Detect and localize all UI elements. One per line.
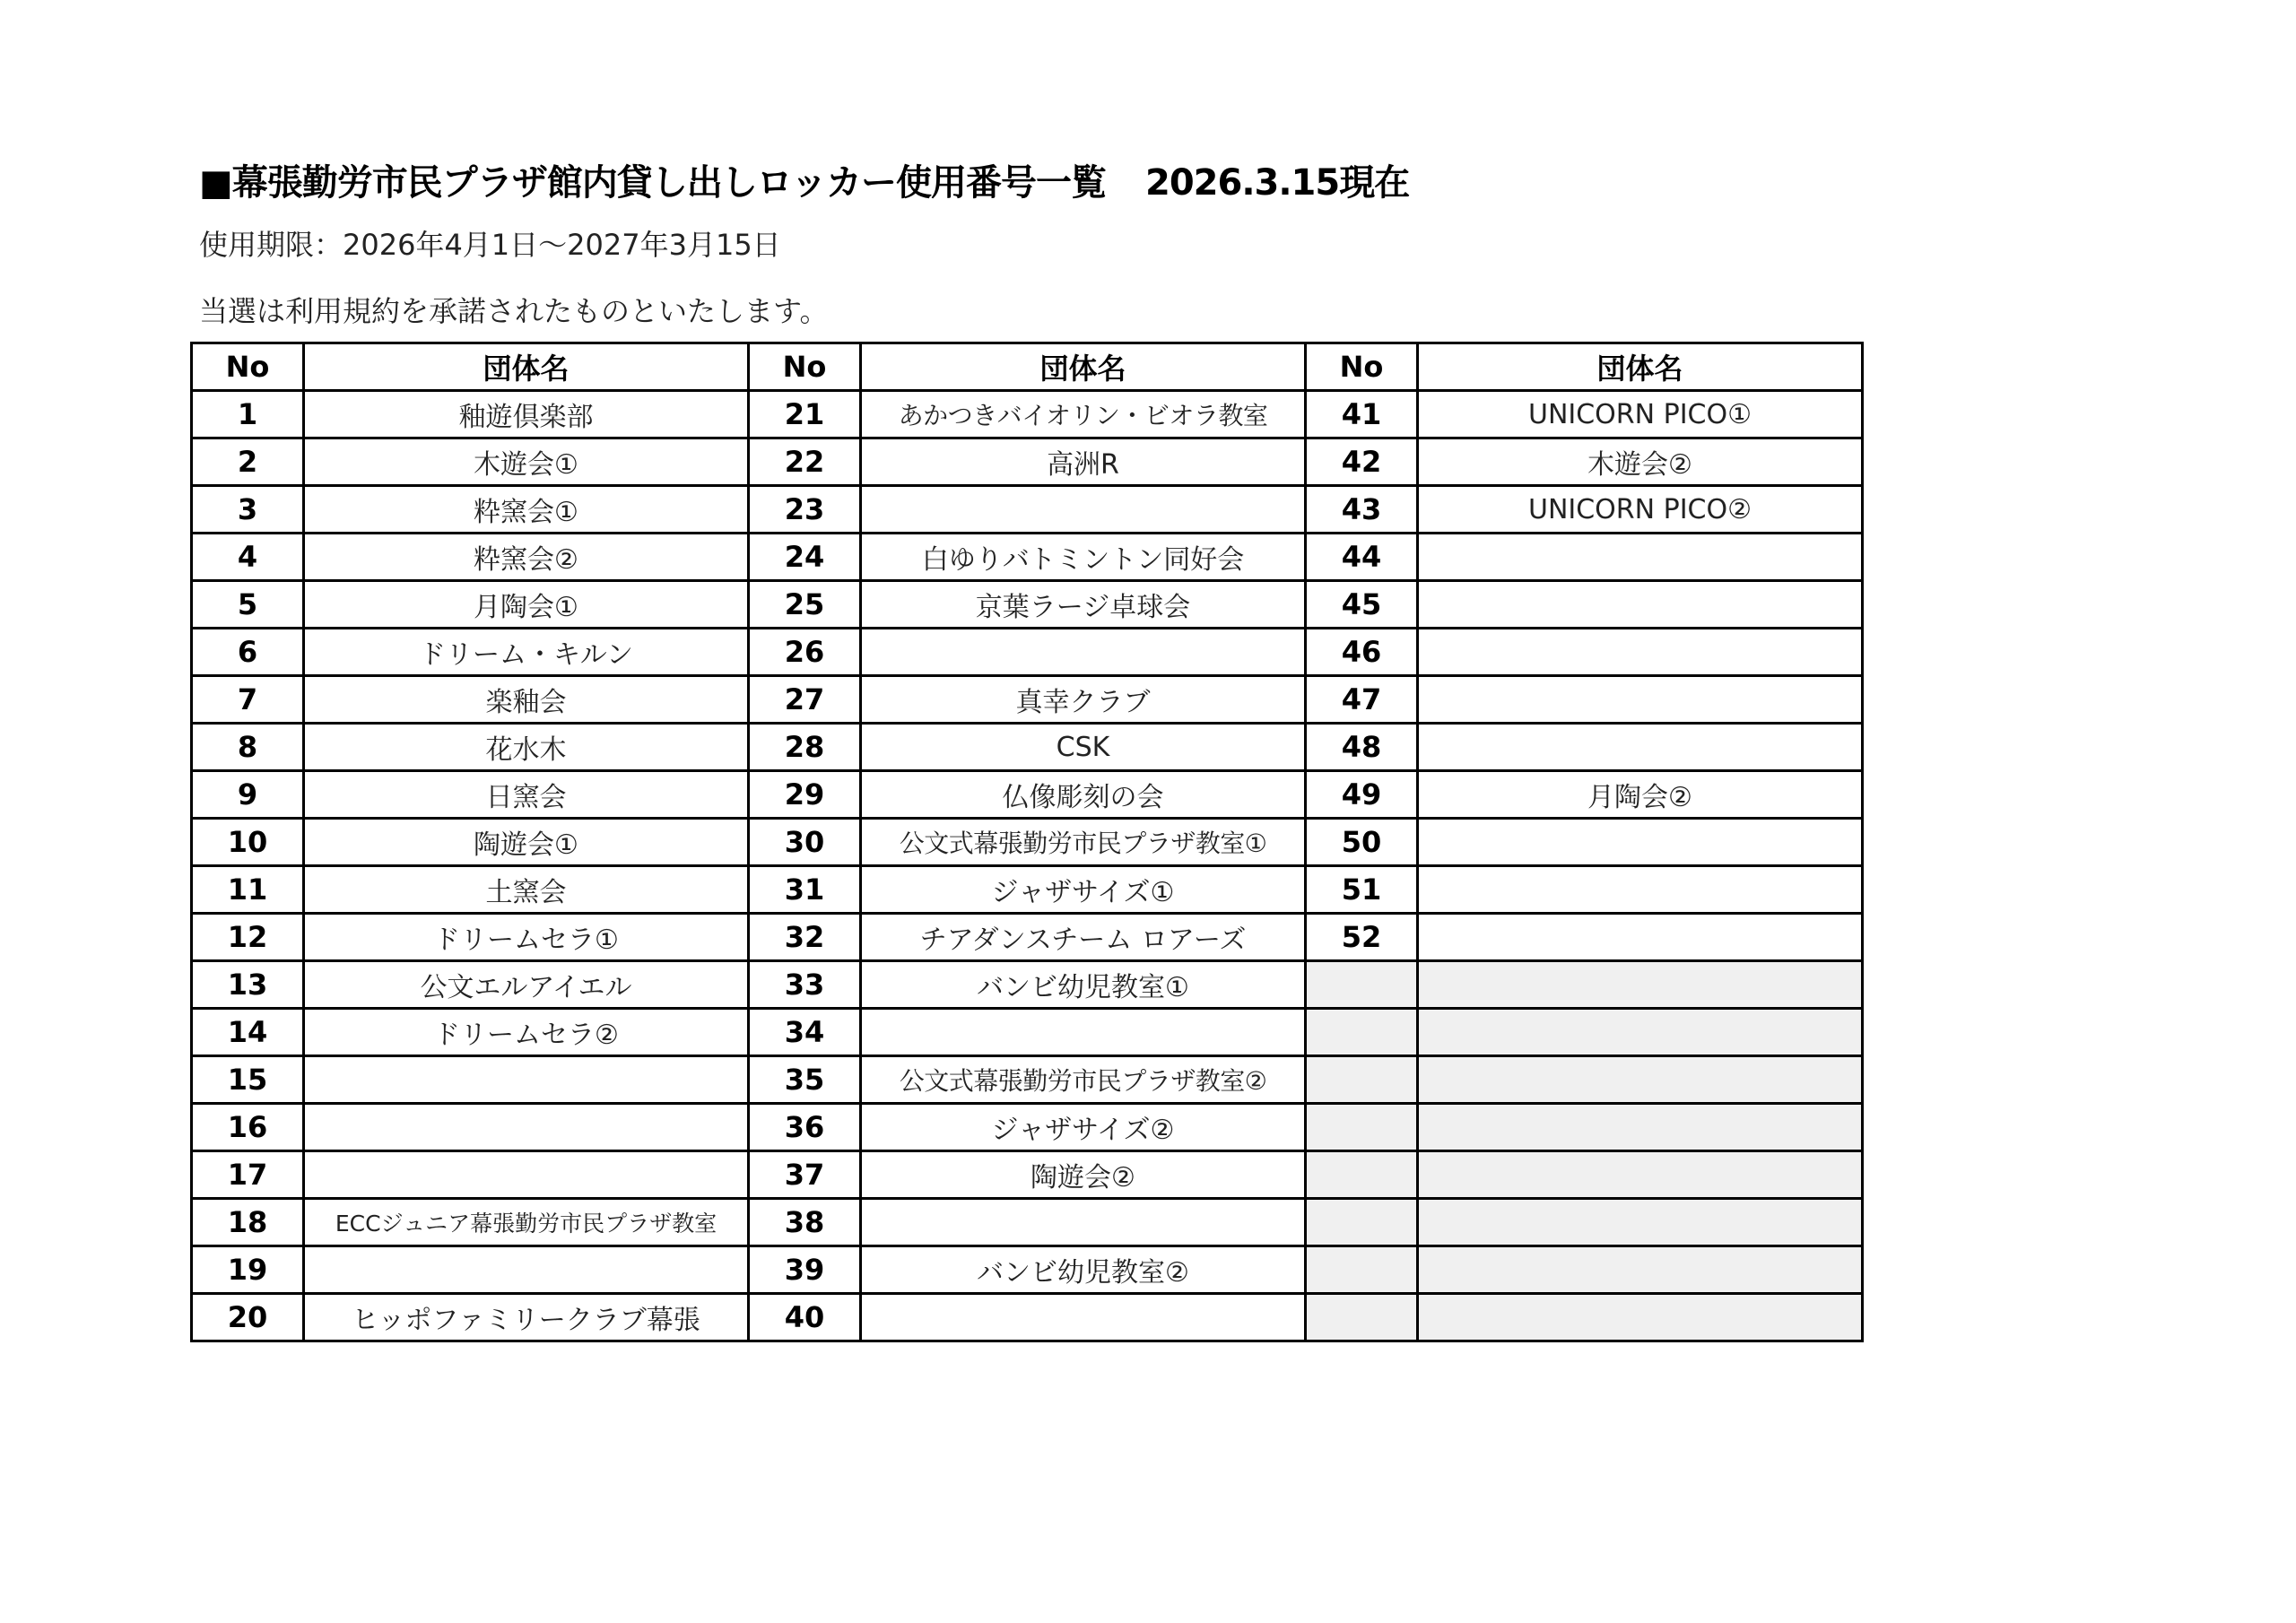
locker-number: 20 xyxy=(192,1294,304,1341)
group-name: ジャザサイズ① xyxy=(861,866,1306,914)
group-name xyxy=(304,1246,749,1294)
group-name xyxy=(304,1056,749,1104)
locker-number xyxy=(1306,1056,1418,1104)
locker-number: 47 xyxy=(1306,676,1418,724)
locker-number: 28 xyxy=(749,724,861,771)
group-name: 粋窯会② xyxy=(304,534,749,581)
locker-number: 9 xyxy=(192,771,304,819)
group-name: CSK xyxy=(861,724,1306,771)
table-row: 1535公文式幕張勤労市民プラザ教室② xyxy=(192,1056,1863,1104)
locker-number: 41 xyxy=(1306,391,1418,438)
header-no-2: No xyxy=(749,343,861,391)
locker-number: 43 xyxy=(1306,486,1418,534)
table-row: 11土窯会31ジャザサイズ①51 xyxy=(192,866,1863,914)
locker-number: 45 xyxy=(1306,581,1418,629)
table-row: 1636ジャザサイズ② xyxy=(192,1104,1863,1151)
group-name xyxy=(304,1151,749,1199)
locker-number: 31 xyxy=(749,866,861,914)
locker-number: 25 xyxy=(749,581,861,629)
group-name: 粋窯会① xyxy=(304,486,749,534)
table-row: 5月陶会①25京葉ラージ卓球会45 xyxy=(192,581,1863,629)
table-row: 12ドリームセラ①32チアダンスチーム ロアーズ52 xyxy=(192,914,1863,961)
notice-text: 当選は利用規約を承諾されたものといたします。 xyxy=(199,289,828,330)
group-name: ドリームセラ② xyxy=(304,1009,749,1056)
table-row: 9日窯会29仏像彫刻の会49月陶会② xyxy=(192,771,1863,819)
locker-number: 6 xyxy=(192,629,304,676)
header-name-3: 団体名 xyxy=(1418,343,1863,391)
locker-number: 16 xyxy=(192,1104,304,1151)
locker-number: 35 xyxy=(749,1056,861,1104)
group-name: UNICORN PICO① xyxy=(1418,391,1863,438)
locker-number: 22 xyxy=(749,438,861,486)
locker-number xyxy=(1306,1199,1418,1246)
locker-number xyxy=(1306,1294,1418,1341)
locker-number: 5 xyxy=(192,581,304,629)
locker-number: 38 xyxy=(749,1199,861,1246)
table-row: 10陶遊会①30公文式幕張勤労市民プラザ教室①50 xyxy=(192,819,1863,866)
group-name xyxy=(304,1104,749,1151)
locker-number xyxy=(1306,961,1418,1009)
header-no-3: No xyxy=(1306,343,1418,391)
group-name: 月陶会② xyxy=(1418,771,1863,819)
page-title: ■幕張勤労市民プラザ館内貸し出しロッカー使用番号一覧2026.3.15現在 xyxy=(199,154,1409,205)
locker-number: 4 xyxy=(192,534,304,581)
table-row: 8花水木28CSK48 xyxy=(192,724,1863,771)
group-name: 公文式幕張勤労市民プラザ教室② xyxy=(861,1056,1306,1104)
group-name: 陶遊会① xyxy=(304,819,749,866)
group-name xyxy=(1418,961,1863,1009)
group-name: 陶遊会② xyxy=(861,1151,1306,1199)
table-row: 13公文エルアイエル33バンビ幼児教室① xyxy=(192,961,1863,1009)
locker-number: 34 xyxy=(749,1009,861,1056)
locker-number: 11 xyxy=(192,866,304,914)
group-name xyxy=(1418,819,1863,866)
locker-number: 8 xyxy=(192,724,304,771)
group-name: 公文式幕張勤労市民プラザ教室① xyxy=(861,819,1306,866)
group-name xyxy=(861,1294,1306,1341)
locker-number: 46 xyxy=(1306,629,1418,676)
table-row: 6ドリーム・キルン2646 xyxy=(192,629,1863,676)
locker-number: 29 xyxy=(749,771,861,819)
group-name: 楽釉会 xyxy=(304,676,749,724)
locker-number: 44 xyxy=(1306,534,1418,581)
group-name: 木遊会① xyxy=(304,438,749,486)
group-name: 仏像彫刻の会 xyxy=(861,771,1306,819)
locker-number: 32 xyxy=(749,914,861,961)
table-row: 1939バンビ幼児教室② xyxy=(192,1246,1863,1294)
group-name xyxy=(861,486,1306,534)
locker-number xyxy=(1306,1104,1418,1151)
locker-number: 27 xyxy=(749,676,861,724)
locker-number xyxy=(1306,1151,1418,1199)
locker-number: 24 xyxy=(749,534,861,581)
group-name: 花水木 xyxy=(304,724,749,771)
group-name xyxy=(861,1009,1306,1056)
locker-number xyxy=(1306,1009,1418,1056)
group-name: 土窯会 xyxy=(304,866,749,914)
table-header-row: No 団体名 No 団体名 No 団体名 xyxy=(192,343,1863,391)
group-name xyxy=(1418,914,1863,961)
table-row: 4粋窯会②24白ゆりバトミントン同好会44 xyxy=(192,534,1863,581)
locker-number: 26 xyxy=(749,629,861,676)
group-name: ドリーム・キルン xyxy=(304,629,749,676)
locker-number: 18 xyxy=(192,1199,304,1246)
group-name xyxy=(1418,866,1863,914)
locker-number: 50 xyxy=(1306,819,1418,866)
locker-number: 1 xyxy=(192,391,304,438)
group-name: ジャザサイズ② xyxy=(861,1104,1306,1151)
table-row: 7楽釉会27真幸クラブ47 xyxy=(192,676,1863,724)
as-of-date: 2026.3.15現在 xyxy=(1145,162,1409,204)
group-name xyxy=(1418,676,1863,724)
locker-number: 13 xyxy=(192,961,304,1009)
locker-number xyxy=(1306,1246,1418,1294)
locker-number: 17 xyxy=(192,1151,304,1199)
title-text: ■幕張勤労市民プラザ館内貸し出しロッカー使用番号一覧 xyxy=(199,162,1106,204)
table-row: 3粋窯会①2343UNICORN PICO② xyxy=(192,486,1863,534)
locker-number: 30 xyxy=(749,819,861,866)
locker-number: 33 xyxy=(749,961,861,1009)
header-no-1: No xyxy=(192,343,304,391)
group-name: あかつきバイオリン・ビオラ教室 xyxy=(861,391,1306,438)
group-name xyxy=(1418,629,1863,676)
locker-number: 51 xyxy=(1306,866,1418,914)
group-name: UNICORN PICO② xyxy=(1418,486,1863,534)
group-name xyxy=(1418,581,1863,629)
locker-number: 42 xyxy=(1306,438,1418,486)
table-row: 1釉遊倶楽部21あかつきバイオリン・ビオラ教室41UNICORN PICO① xyxy=(192,391,1863,438)
table-row: 14ドリームセラ②34 xyxy=(192,1009,1863,1056)
locker-number: 52 xyxy=(1306,914,1418,961)
locker-number: 7 xyxy=(192,676,304,724)
group-name xyxy=(1418,724,1863,771)
locker-number: 40 xyxy=(749,1294,861,1341)
group-name: バンビ幼児教室① xyxy=(861,961,1306,1009)
group-name: 高洲R xyxy=(861,438,1306,486)
locker-number: 23 xyxy=(749,486,861,534)
locker-number: 19 xyxy=(192,1246,304,1294)
locker-number: 36 xyxy=(749,1104,861,1151)
group-name xyxy=(1418,1294,1863,1341)
group-name xyxy=(1418,1151,1863,1199)
locker-number: 14 xyxy=(192,1009,304,1056)
group-name: 釉遊倶楽部 xyxy=(304,391,749,438)
group-name xyxy=(1418,1056,1863,1104)
group-name xyxy=(1418,534,1863,581)
group-name xyxy=(1418,1199,1863,1246)
group-name: ECCジュニア幕張勤労市民プラザ教室 xyxy=(304,1199,749,1246)
locker-number: 48 xyxy=(1306,724,1418,771)
locker-number: 12 xyxy=(192,914,304,961)
table-row: 20ヒッポファミリークラブ幕張40 xyxy=(192,1294,1863,1341)
group-name: 木遊会② xyxy=(1418,438,1863,486)
locker-number: 10 xyxy=(192,819,304,866)
group-name: 月陶会① xyxy=(304,581,749,629)
locker-number: 37 xyxy=(749,1151,861,1199)
table-row: 18ECCジュニア幕張勤労市民プラザ教室38 xyxy=(192,1199,1863,1246)
locker-number: 39 xyxy=(749,1246,861,1294)
group-name xyxy=(1418,1104,1863,1151)
locker-number: 2 xyxy=(192,438,304,486)
group-name: 日窯会 xyxy=(304,771,749,819)
group-name: ヒッポファミリークラブ幕張 xyxy=(304,1294,749,1341)
header-name-2: 団体名 xyxy=(861,343,1306,391)
group-name: 公文エルアイエル xyxy=(304,961,749,1009)
group-name: 真幸クラブ xyxy=(861,676,1306,724)
group-name: バンビ幼児教室② xyxy=(861,1246,1306,1294)
group-name: チアダンスチーム ロアーズ xyxy=(861,914,1306,961)
table-row: 2木遊会①22高洲R42木遊会② xyxy=(192,438,1863,486)
group-name: ドリームセラ① xyxy=(304,914,749,961)
locker-number: 21 xyxy=(749,391,861,438)
locker-number: 3 xyxy=(192,486,304,534)
locker-number: 15 xyxy=(192,1056,304,1104)
locker-number: 49 xyxy=(1306,771,1418,819)
group-name: 白ゆりバトミントン同好会 xyxy=(861,534,1306,581)
group-name xyxy=(1418,1246,1863,1294)
table-row: 1737陶遊会② xyxy=(192,1151,1863,1199)
group-name: 京葉ラージ卓球会 xyxy=(861,581,1306,629)
group-name xyxy=(861,629,1306,676)
group-name xyxy=(861,1199,1306,1246)
usage-period: 使用期限：2026年4月1日～2027年3月15日 xyxy=(199,222,781,264)
group-name xyxy=(1418,1009,1863,1056)
locker-table: No 団体名 No 団体名 No 団体名 1釉遊倶楽部21あかつきバイオリン・ビ… xyxy=(190,342,1864,1342)
header-name-1: 団体名 xyxy=(304,343,749,391)
